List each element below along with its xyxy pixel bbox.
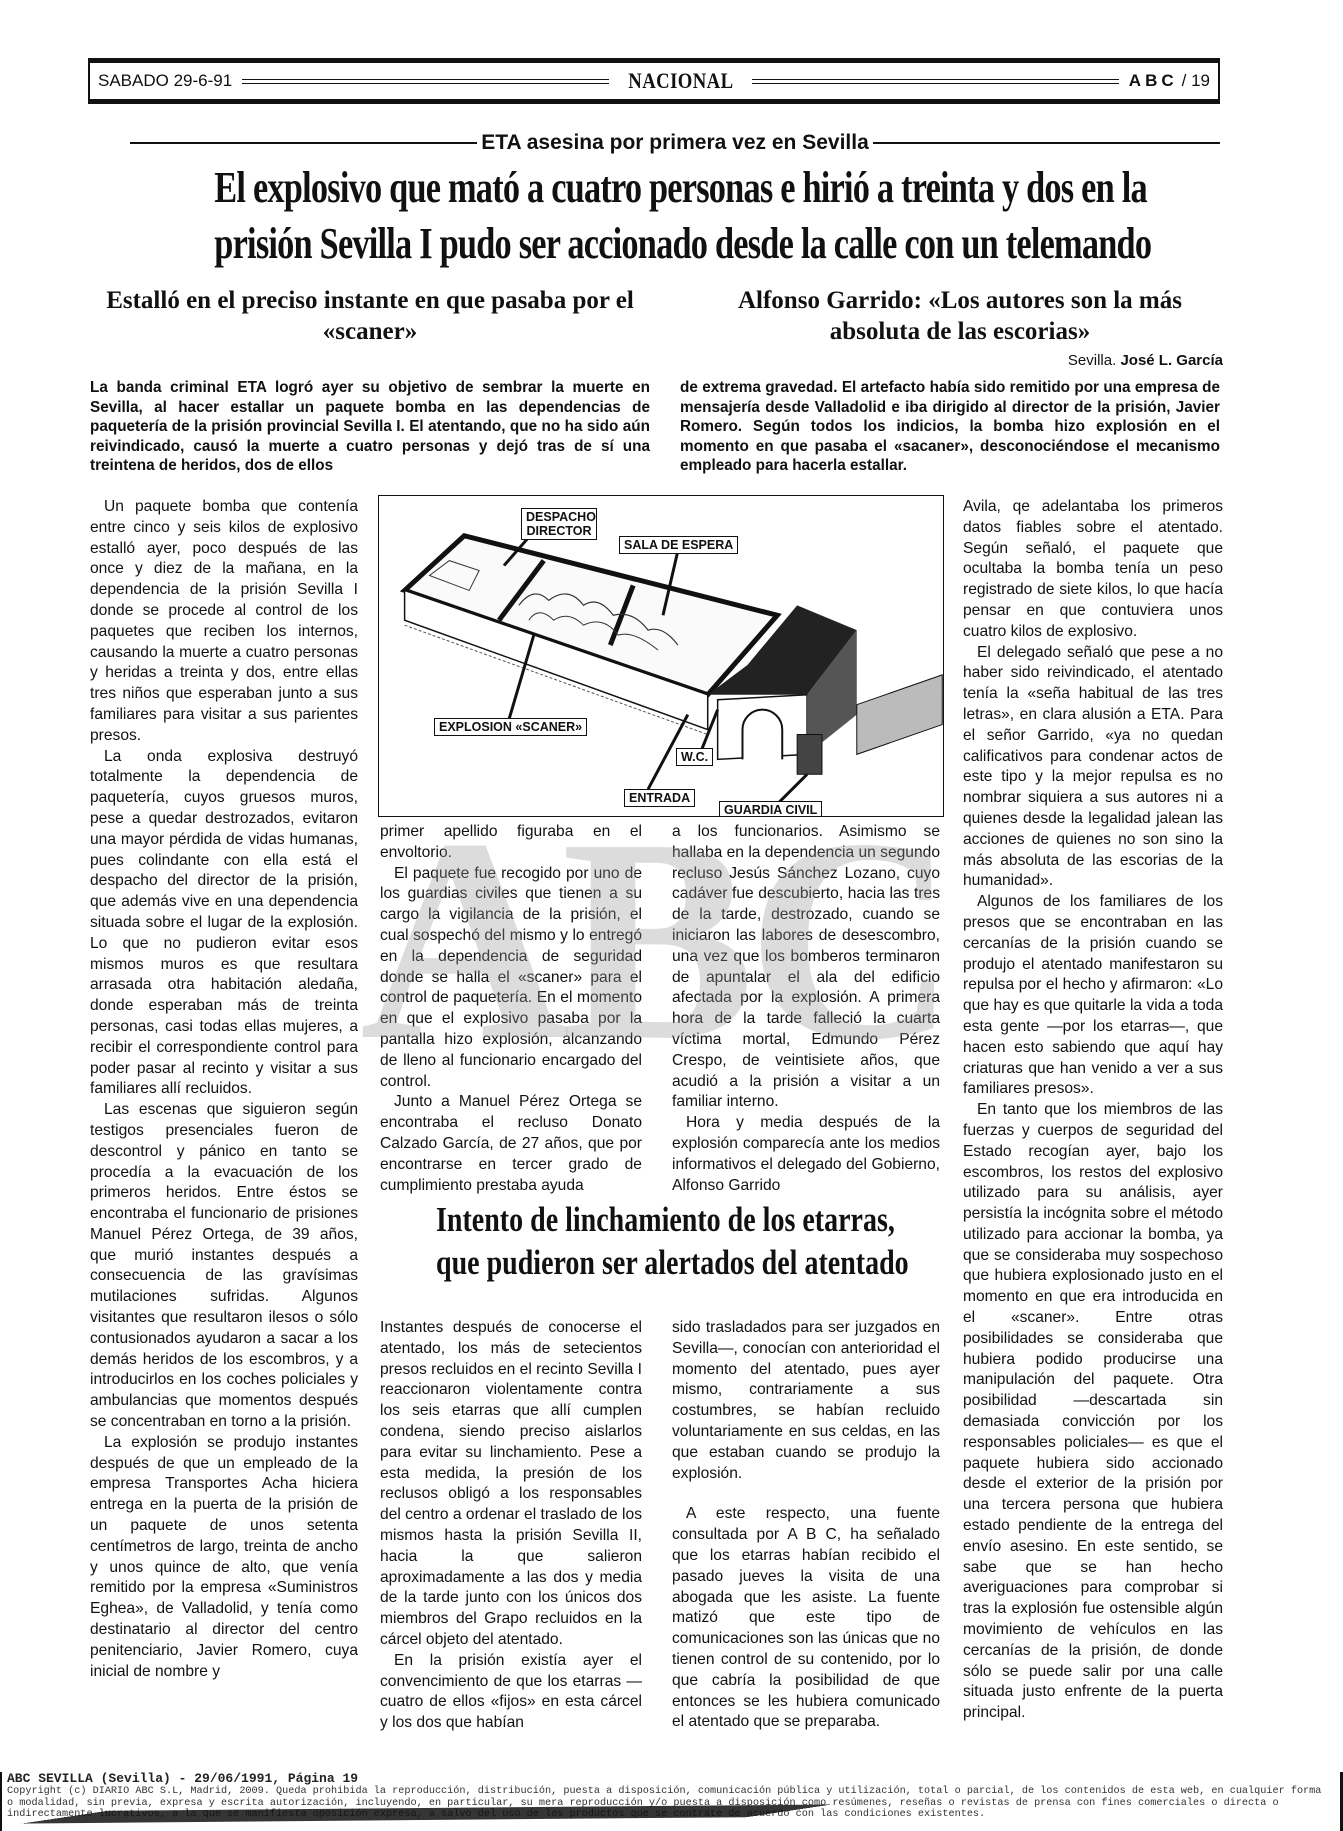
second-article-headline: Intento de linchamiento de los etarras, … [380,1198,940,1284]
newspaper-brand: ABC [1129,71,1178,91]
paragraph: primer apellido figuraba en el envoltori… [380,822,642,864]
article-column-3: a los funcionarios. Asimismo se hallaba … [672,822,940,1196]
source-citation: ABC SEVILLA (Sevilla) - 29/06/1991, Pági… [7,1772,1343,1786]
headline-line-1: El explosivo que mató a cuatro personas … [214,160,1095,216]
kicker-rule [873,142,1220,144]
section-name: NACIONAL [628,68,733,94]
label-wc: W.C. [676,748,713,766]
label-entrada: ENTRADA [624,789,695,807]
paragraph: La onda explosiva destruyó totalmente la… [90,747,358,1101]
lead-paragraph-right: de extrema gravedad. El artefacto había … [680,378,1220,476]
paragraph: Un paquete bomba que contenía entre cinc… [90,497,358,747]
byline-place: Sevilla. [1068,352,1116,369]
paragraph: Las escenas que siguieron según testigos… [90,1100,358,1433]
paragraph: Junto a Manuel Pérez Ortega se encontrab… [380,1092,642,1196]
page-number: / 19 [1182,71,1210,91]
issue-date: SABADO 29-6-91 [98,71,232,91]
label-sala-de-espera: SALA DE ESPERA [619,536,738,554]
paragraph: a los funcionarios. Asimismo se hallaba … [672,822,940,1113]
paragraph: Instantes después de conocerse el atenta… [380,1318,642,1651]
masthead-rule [752,79,1118,84]
paragraph: A este respecto, una fuente consultada p… [672,1504,940,1733]
paragraph: Hora y media después de la explosión com… [672,1113,940,1196]
lead-paragraph-left: La banda criminal ETA logró ayer su obje… [90,378,650,476]
paragraph: El delegado señaló que pese a no haber s… [963,643,1223,893]
label-guardia-civil: GUARDIA CIVIL [719,801,822,817]
kicker-text: ETA asesina por primera vez en Sevilla [477,131,873,155]
paragraph: El paquete fue recogido por uno de los g… [380,864,642,1093]
paragraph: sido trasladados para ser juzgados en Se… [672,1318,940,1484]
article-column-2: primer apellido figuraba en el envoltori… [380,822,642,1196]
paragraph: Avila, qe adelantaba los primeros datos … [963,497,1223,643]
masthead-rule [242,79,608,84]
paragraph: La explosión se produjo instantes despué… [90,1433,358,1683]
kicker: ETA asesina por primera vez en Sevilla [130,128,1220,158]
main-headline: El explosivo que mató a cuatro personas … [90,160,1220,272]
article-column-1: Un paquete bomba que contenía entre cinc… [90,497,358,1682]
second-article-column-b: sido trasladados para ser juzgados en Se… [672,1318,940,1733]
byline: Sevilla. José L. García [1068,352,1223,369]
second-headline-line-2: que pudieron ser alertados del atentado [436,1241,884,1284]
byline-author: José L. García [1120,352,1223,369]
second-article-column-a: Instantes después de conocerse el atenta… [380,1318,642,1734]
label-despacho-director: DESPACHO DIRECTOR [521,508,597,540]
page-masthead: SABADO 29-6-91 NACIONAL ABC / 19 [88,58,1220,104]
archive-footer: ABC SEVILLA (Sevilla) - 29/06/1991, Pági… [0,1772,1343,1831]
headline-line-2: prisión Sevilla I pudo ser accionado des… [214,216,1095,272]
article-column-4: Avila, qe adelantaba los primeros datos … [963,497,1223,1724]
paragraph: En tanto que los miembros de las fuerzas… [963,1100,1223,1724]
paragraph: En la prisión existía ayer el convencimi… [380,1651,642,1734]
second-headline-line-1: Intento de linchamiento de los etarras, [436,1198,884,1241]
label-explosion-scaner: EXPLOSION «SCANER» [434,718,587,736]
paragraph: Algunos de los familiares de los presos … [963,892,1223,1100]
subheadline-right: Alfonso Garrido: «Los autores son la más… [690,285,1230,347]
kicker-rule [130,142,477,144]
subheadline-left: Estalló en el preciso instante en que pa… [90,285,650,347]
prison-diagram-illustration: DESPACHO DIRECTOR SALA DE ESPERA EXPLOSI… [378,495,944,817]
